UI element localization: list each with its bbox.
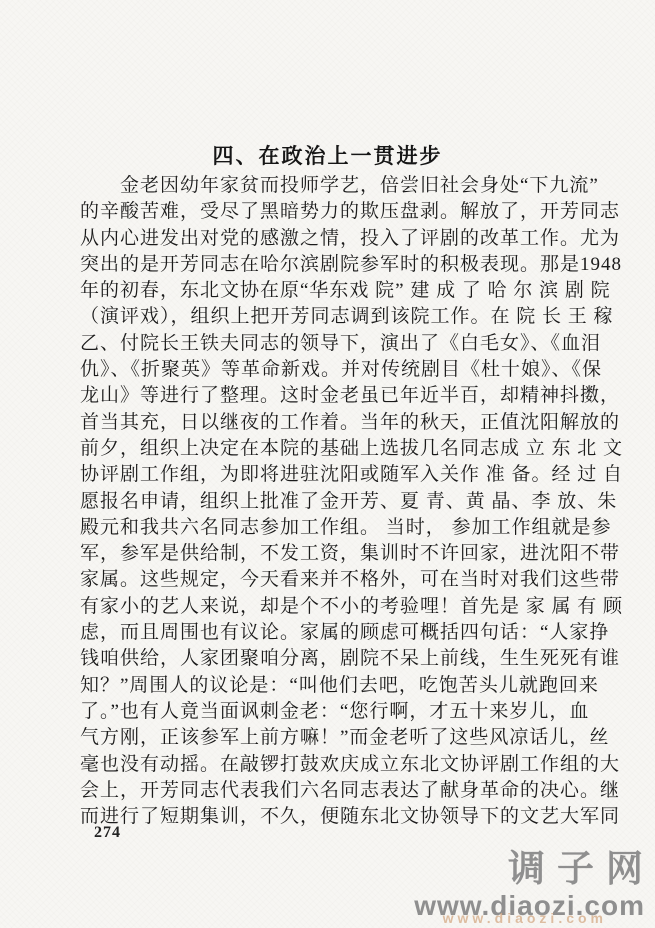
body-text-line: 首当其充，日以继夜的工作着。当年的秋天，正值沈阳解放的: [80, 410, 592, 436]
body-text-line: 的辛酸苦难，受尽了黑暗势力的欺压盘剥。解放了，开芳同志: [80, 199, 592, 225]
body-text-line: 愿报名申请，组织上批准了金开芳、夏 青、黄 晶、李 放、朱: [80, 489, 592, 515]
body-text-line: 钱咱供给，人家团聚咱分离，剧院不呆上前线，生生死死有谁: [80, 646, 592, 672]
chapter-title: 四、在政治上一贯进步: [0, 140, 655, 170]
body-text-line: 殿元和我共六名同志参加工作组。 当时， 参加工作组就是参: [80, 515, 592, 541]
body-text-line: 从内心进发出对党的感激之情，投入了评剧的改革工作。尤为: [80, 226, 592, 252]
body-text-line: 突出的是开芳同志在哈尔滨剧院参军时的积极表现。那是1948: [80, 252, 592, 278]
scanned-book-page: 四、在政治上一贯进步 金老因幼年家贫而投师学艺，倍尝旧社会身处“下九流”的辛酸苦…: [0, 0, 655, 928]
body-text-line: 年的初春，东北文协在原“华东戏 院” 建 成 了 哈 尔 滨 剧 院: [80, 278, 592, 304]
body-text-line: 虑，而且周围也有议论。家属的顾虑可概括四句话：“人家挣: [80, 620, 592, 646]
body-text-line: 金老因幼年家贫而投师学艺，倍尝旧社会身处“下九流”: [80, 173, 592, 199]
watermark-faint-url: www.diaozi.com: [443, 910, 607, 926]
body-text-line: 家属。这些规定，今天看来并不格外，可在当时对我们这些带: [80, 567, 592, 593]
body-text-line: 会上，开芳同志代表我们六名同志表达了献身革命的决心。继: [80, 778, 592, 804]
watermark-site-name: 调子网: [414, 850, 655, 889]
body-text-line: 毫也没有动摇。在敲锣打鼓欢庆成立东北文协评剧工作组的大: [80, 752, 592, 778]
body-text-line: 有家小的艺人来说，却是个不小的考验哩！首先是 家 属 有 顾: [80, 594, 592, 620]
body-text-line: （演评戏），组织上把开芳同志调到该院工作。在 院 长 王 稼: [80, 304, 592, 330]
body-text-line: 仇》、《折聚英》等革命新戏。并对传统剧目《杜十娘》、《保: [80, 357, 592, 383]
body-text-line: 乙、付院长王铁夫同志的领导下，演出了《白毛女》、《血泪: [80, 331, 592, 357]
body-text-line: 龙山》等进行了整理。这时金老虽已年近半百，却精神抖擞，: [80, 383, 592, 409]
body-text-line: 协评剧工作组，为即将进驻沈阳或随军入关作 准 备。经 过 自: [80, 462, 592, 488]
page-number: 274: [94, 824, 121, 842]
body-text-line: 而进行了短期集训，不久，便随东北文协领导下的文艺大军同: [80, 804, 592, 830]
body-text-line: 军，参军是供给制，不发工资，集训时不许回家，进沈阳不带: [80, 541, 592, 567]
body-text-block: 金老因幼年家贫而投师学艺，倍尝旧社会身处“下九流”的辛酸苦难，受尽了黑暗势力的欺…: [80, 173, 592, 830]
body-text-line: 了。”也有人竟当面讽刺金老：“您行啊，才五十来岁儿，血: [80, 699, 592, 725]
body-text-line: 知？”周围人的议论是：“叫他们去吧，吃饱苦头儿就跑回来: [80, 673, 592, 699]
body-text-line: 前夕，组织上决定在本院的基础上选拔几名同志成 立 东 北 文: [80, 436, 592, 462]
body-text-line: 气方刚，正该参军上前方嘛！”而金老听了这些风凉话儿，丝: [80, 725, 592, 751]
